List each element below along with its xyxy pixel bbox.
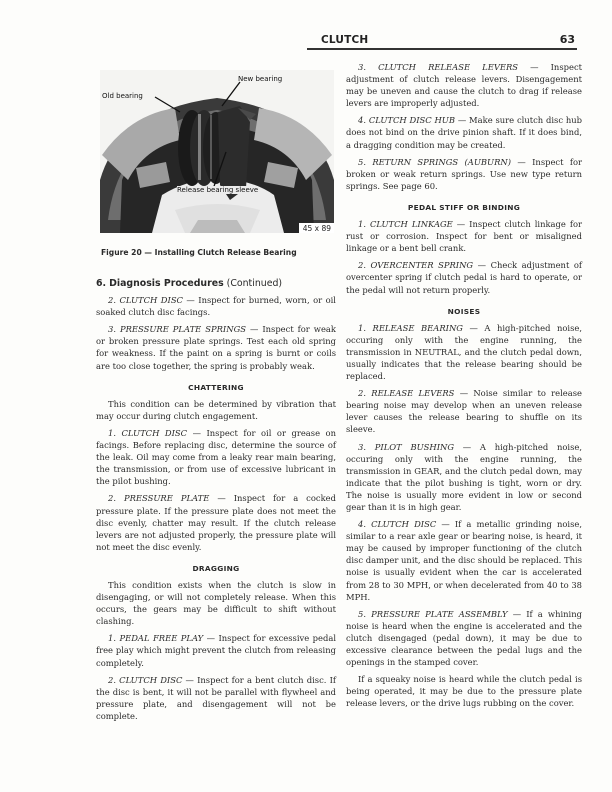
section-title: Diagnosis Procedures bbox=[109, 278, 224, 289]
label-old-bearing: Old bearing bbox=[102, 92, 143, 100]
paragraph-pressure-plate-springs: 3. PRESSURE PLATE SPRINGS — Inspect for … bbox=[96, 323, 336, 371]
section-number: 6. bbox=[96, 278, 106, 289]
paragraph-dragging-intro: This condition exists when the clutch is… bbox=[96, 579, 336, 627]
label-release-bearing-sleeve: Release bearing sleeve bbox=[177, 186, 258, 194]
header-rule bbox=[307, 48, 577, 50]
heading-dragging: DRAGGING bbox=[96, 563, 336, 575]
paragraph-pilot-bushing: 3. PILOT BUSHING — A high-pitched noise,… bbox=[346, 441, 582, 514]
paragraph-clutch-disc-hub: 4. CLUTCH DISC HUB — Make sure clutch di… bbox=[346, 114, 582, 150]
paragraph-overcenter-spring: 2. OVERCENTER SPRING — Check adjustment … bbox=[346, 259, 582, 295]
paragraph-release-levers: 2. RELEASE LEVERS — Noise similar to rel… bbox=[346, 387, 582, 435]
figure-photo: Old bearing New bearing Release bearing … bbox=[100, 70, 334, 233]
paragraph-squeaky-noise: If a squeaky noise is heard while the cl… bbox=[346, 673, 582, 709]
paragraph-dragging-clutch-disc: 2. CLUTCH DISC — Inspect for a bent clut… bbox=[96, 674, 336, 722]
page-header: CLUTCH 63 bbox=[307, 0, 587, 48]
heading-chattering: CHATTERING bbox=[96, 382, 336, 394]
page-number: 63 bbox=[560, 33, 575, 46]
section-suffix: (Continued) bbox=[227, 278, 282, 289]
paragraph-noises-clutch-disc: 4. CLUTCH DISC — If a metallic grinding … bbox=[346, 518, 582, 603]
right-column: 3. CLUTCH RELEASE LEVERS — Inspect adjus… bbox=[346, 61, 582, 715]
figure-code: 45 x 89 bbox=[299, 223, 334, 233]
paragraph-pedal-free-play: 1. PEDAL FREE PLAY — Inspect for excessi… bbox=[96, 632, 336, 668]
heading-pedal-stiff: PEDAL STIFF OR BINDING bbox=[346, 202, 582, 214]
paragraph-release-bearing: 1. RELEASE BEARING — A high-pitched nois… bbox=[346, 322, 582, 382]
paragraph-chattering-pressure-plate: 2. PRESSURE PLATE — Inspect for a cocked… bbox=[96, 492, 336, 552]
running-head: CLUTCH bbox=[321, 34, 368, 46]
paragraph-clutch-disc: 2. CLUTCH DISC — Inspect for burned, wor… bbox=[96, 294, 336, 318]
label-new-bearing: New bearing bbox=[238, 75, 282, 83]
section-heading: 6. Diagnosis Procedures (Continued) bbox=[96, 278, 336, 290]
paragraph-return-springs: 5. RETURN SPRINGS (AUBURN) — Inspect for… bbox=[346, 156, 582, 192]
paragraph-clutch-release-levers: 3. CLUTCH RELEASE LEVERS — Inspect adjus… bbox=[346, 61, 582, 109]
heading-noises: NOISES bbox=[346, 306, 582, 318]
paragraph-chattering-clutch-disc: 1. CLUTCH DISC — Inspect for oil or grea… bbox=[96, 427, 336, 487]
figure-caption: Figure 20 — Installing Clutch Release Be… bbox=[101, 248, 341, 257]
paragraph-clutch-linkage: 1. CLUTCH LINKAGE — Inspect clutch linka… bbox=[346, 218, 582, 254]
left-column: 6. Diagnosis Procedures (Continued) 2. C… bbox=[96, 278, 336, 727]
paragraph-chattering-intro: This condition can be determined by vibr… bbox=[96, 398, 336, 422]
paragraph-pressure-plate-assembly: 5. PRESSURE PLATE ASSEMBLY — If a whinin… bbox=[346, 608, 582, 668]
